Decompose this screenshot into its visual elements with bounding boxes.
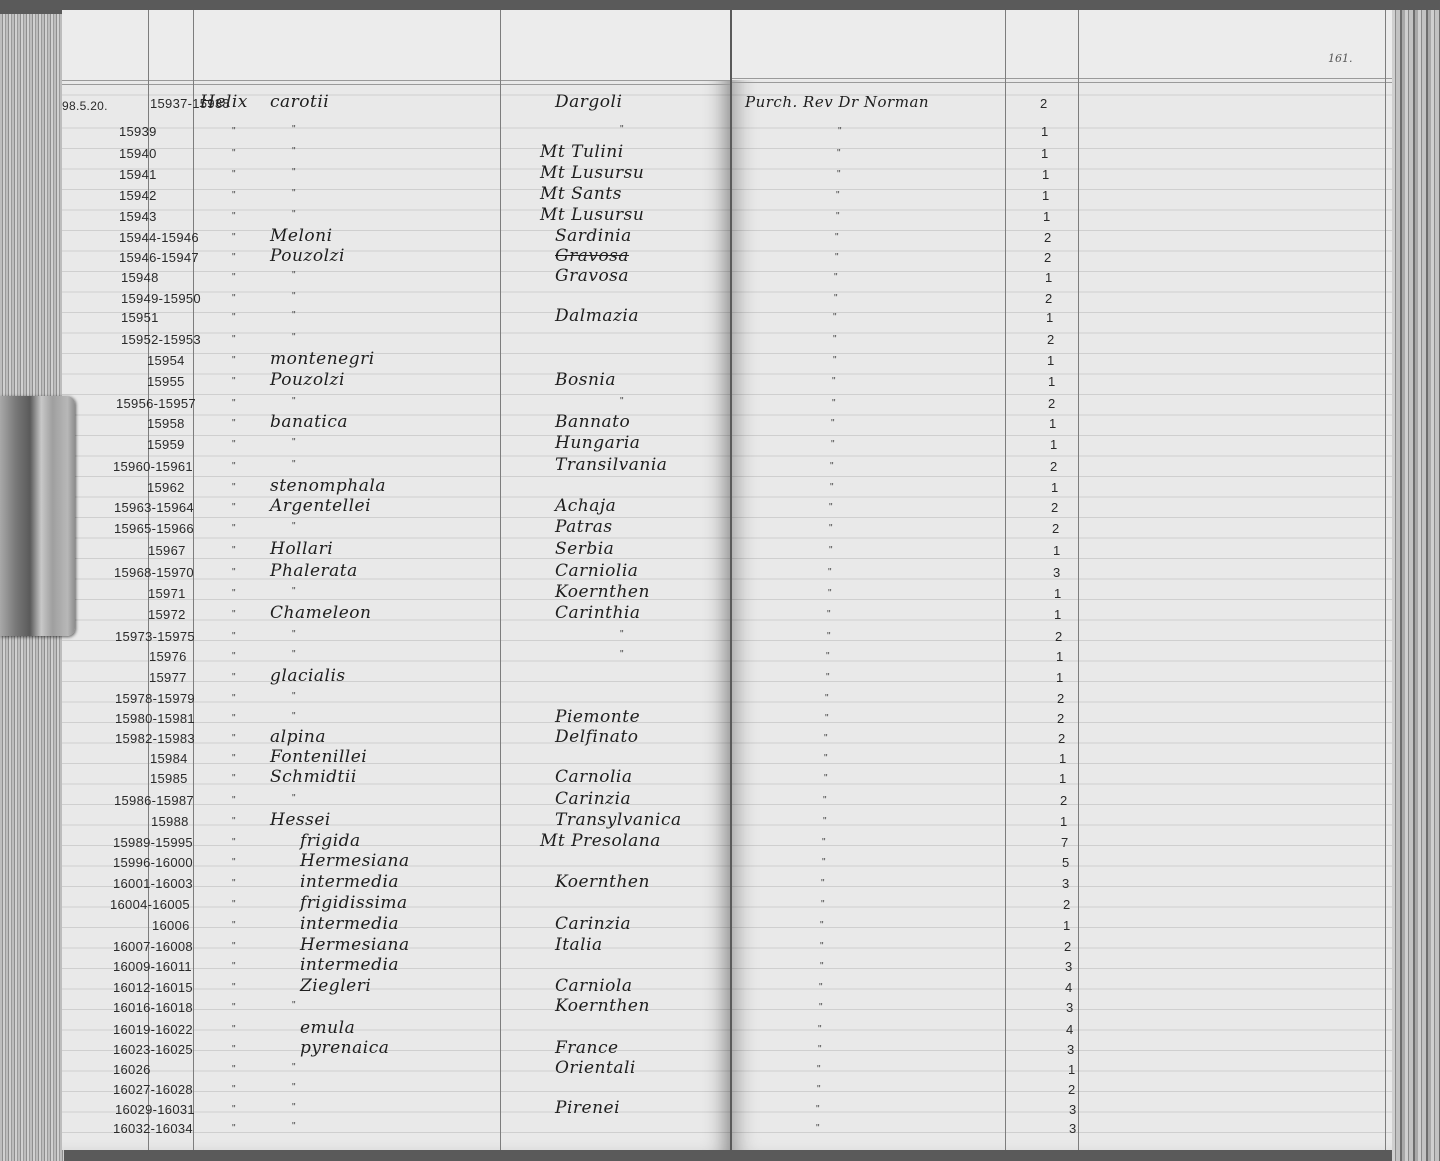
genus-ditto: " <box>232 957 236 977</box>
species-name: Hessei <box>270 810 331 830</box>
genus-ditto: " <box>232 228 236 248</box>
genus-ditto: " <box>232 457 236 477</box>
locality-name: Carniola <box>555 976 632 996</box>
register-number: 16004-16005 <box>110 895 190 915</box>
specimen-count: 2 <box>1068 1080 1076 1100</box>
specimen-count: 3 <box>1062 874 1070 894</box>
register-number: 15985 <box>150 769 188 789</box>
genus-ditto: " <box>232 563 236 583</box>
locality-name: Mt Sants <box>540 184 622 204</box>
locality-name: Gravosa <box>555 246 629 266</box>
specimen-count: 2 <box>1057 689 1065 709</box>
donor-ditto: " <box>824 729 828 749</box>
register-number: 15988 <box>151 812 189 832</box>
species-name: carotii <box>270 92 329 112</box>
register-number: 15952-15953 <box>121 330 201 350</box>
register-prefix: 98.5.20. <box>62 96 108 116</box>
specimen-count: 2 <box>1044 248 1052 268</box>
genus-ditto: " <box>232 541 236 561</box>
donor-ditto: " <box>823 812 827 832</box>
locality-name: " <box>620 645 624 665</box>
register-number: 15944-15946 <box>119 228 199 248</box>
donor-ditto: " <box>833 330 837 350</box>
species-name: " <box>292 1098 296 1118</box>
species-name: " <box>292 266 296 286</box>
donor-ditto: " <box>829 519 833 539</box>
locality-name: Mt Lusursu <box>540 163 644 183</box>
donor-ditto: " <box>822 853 826 873</box>
locality-name: Achaja <box>555 496 616 516</box>
donor-ditto: " <box>816 1100 820 1120</box>
donor-ditto: " <box>827 627 831 647</box>
register-number: 16032-16034 <box>113 1119 193 1139</box>
locality-name: Pirenei <box>555 1098 620 1118</box>
species-name: Fontenillei <box>270 747 367 767</box>
donor-ditto: " <box>831 414 835 434</box>
left-page-header-band <box>62 10 730 80</box>
genus-ditto: " <box>232 895 236 915</box>
genus-ditto: " <box>232 689 236 709</box>
donor-ditto: " <box>836 186 840 206</box>
specimen-count: 1 <box>1050 435 1058 455</box>
specimen-count: 1 <box>1059 749 1067 769</box>
genus-ditto: " <box>232 1080 236 1100</box>
register-number: 16019-16022 <box>113 1020 193 1040</box>
donor-ditto: " <box>817 1080 821 1100</box>
genus-ditto: " <box>232 394 236 414</box>
specimen-count: 4 <box>1065 978 1073 998</box>
specimen-count: 3 <box>1069 1119 1077 1139</box>
locality-name: Transylvanica <box>555 810 682 830</box>
donor-ditto: " <box>825 709 829 729</box>
locality-name: Carnolia <box>555 767 632 787</box>
genus-ditto: " <box>232 414 236 434</box>
species-name: Hollari <box>270 539 333 559</box>
donor-ditto: " <box>820 937 824 957</box>
genus-ditto: " <box>232 605 236 625</box>
genus-ditto: " <box>232 308 236 328</box>
register-number: 15973-15975 <box>115 627 195 647</box>
register-number: 15949-15950 <box>121 289 201 309</box>
locality-name: Carinzia <box>555 914 631 934</box>
donor-ditto: " <box>832 372 836 392</box>
register-number: 15956-15957 <box>116 394 196 414</box>
specimen-count: 1 <box>1041 122 1049 142</box>
locality-name: Serbia <box>555 539 614 559</box>
register-number: 15955 <box>147 372 185 392</box>
specimen-count: 1 <box>1059 769 1067 789</box>
locality-name: Gravosa <box>555 266 629 286</box>
genus-ditto: " <box>232 749 236 769</box>
genus-ditto: " <box>232 248 236 268</box>
genus-ditto: " <box>232 144 236 164</box>
register-number: 15977 <box>149 668 187 688</box>
species-name: " <box>292 184 296 204</box>
register-number: 16001-16003 <box>113 874 193 894</box>
register-number: 15980-15981 <box>115 709 195 729</box>
specimen-count: 1 <box>1054 605 1062 625</box>
specimen-count: 2 <box>1051 498 1059 518</box>
locality-name: Delfinato <box>555 727 639 747</box>
ledger-book: 161. 98.5.20. Helix Purch. Rev Dr Norman… <box>0 0 1440 1161</box>
specimen-count: 2 <box>1040 94 1048 114</box>
specimen-count: 3 <box>1053 563 1061 583</box>
species-name: Ziegleri <box>300 976 371 996</box>
genus-ditto: " <box>232 372 236 392</box>
register-number: 16009-16011 <box>113 957 192 977</box>
donor-ditto: " <box>836 207 840 227</box>
genus-ditto: " <box>232 122 236 142</box>
register-number: 16023-16025 <box>113 1040 193 1060</box>
specimen-count: 1 <box>1046 308 1054 328</box>
species-name: " <box>292 163 296 183</box>
specimen-count: 3 <box>1067 1040 1075 1060</box>
specimen-count: 2 <box>1058 729 1066 749</box>
genus-ditto: " <box>232 1060 236 1080</box>
donor-ditto: " <box>825 689 829 709</box>
specimen-count: 3 <box>1066 998 1074 1018</box>
specimen-count: 7 <box>1061 833 1069 853</box>
specimen-count: 2 <box>1047 330 1055 350</box>
species-name: Hermesiana <box>300 935 410 955</box>
specimen-count: 1 <box>1047 351 1055 371</box>
register-number: 15962 <box>147 478 185 498</box>
species-name: Phalerata <box>270 561 358 581</box>
donor-ditto: " <box>818 1040 822 1060</box>
species-name: " <box>292 707 296 727</box>
genus-ditto: " <box>232 1040 236 1060</box>
species-name: " <box>292 433 296 453</box>
donor-ditto: " <box>819 998 823 1018</box>
donor-ditto: " <box>829 541 833 561</box>
genus-ditto: " <box>232 709 236 729</box>
donor-ditto: " <box>834 289 838 309</box>
specimen-count: 2 <box>1048 394 1056 414</box>
genus-ditto: " <box>232 769 236 789</box>
genus-ditto: " <box>232 627 236 647</box>
species-name: " <box>292 287 296 307</box>
register-number: 15971 <box>148 584 186 604</box>
column-rule-count-left <box>1005 10 1006 1150</box>
specimen-count: 1 <box>1060 812 1068 832</box>
right-page-header-band <box>732 10 1392 80</box>
specimen-count: 1 <box>1063 916 1071 936</box>
right-header-rule <box>732 78 1392 83</box>
genus-ditto: " <box>232 812 236 832</box>
locality-name: Bosnia <box>555 370 616 390</box>
locality-name: Mt Lusursu <box>540 205 644 225</box>
specimen-count: 2 <box>1064 937 1072 957</box>
species-name: emula <box>300 1018 355 1038</box>
species-name: " <box>292 205 296 225</box>
genus-ditto: " <box>232 874 236 894</box>
column-rule-locality <box>500 10 501 1150</box>
donor-ditto: " <box>832 394 836 414</box>
register-number: 15963-15964 <box>114 498 194 518</box>
species-name: " <box>292 328 296 348</box>
species-name: Chameleon <box>270 603 371 623</box>
donor-ditto: " <box>833 351 837 371</box>
column-rule-count-right <box>1078 10 1079 1150</box>
species-name: intermedia <box>300 914 399 934</box>
register-number: 15940 <box>119 144 157 164</box>
donor-ditto: " <box>826 668 830 688</box>
specimen-count: 1 <box>1048 372 1056 392</box>
species-name: intermedia <box>300 872 399 892</box>
specimen-count: 1 <box>1049 414 1057 434</box>
genus-ditto: " <box>232 1100 236 1120</box>
register-number: 15968-15970 <box>114 563 194 583</box>
genus-ditto: " <box>232 647 236 667</box>
donor-ditto: " <box>824 769 828 789</box>
genus-ditto: " <box>232 916 236 936</box>
locality-name: Bannato <box>555 412 630 432</box>
species-name: " <box>292 306 296 326</box>
register-number: 15942 <box>119 186 157 206</box>
species-name: " <box>292 517 296 537</box>
genus-ditto: " <box>232 937 236 957</box>
donor-ditto: " <box>819 978 823 998</box>
locality-name: France <box>555 1038 619 1058</box>
genus-ditto: " <box>232 853 236 873</box>
species-name: " <box>292 1078 296 1098</box>
specimen-count: 1 <box>1068 1060 1076 1080</box>
donor-ditto: " <box>826 647 830 667</box>
register-number: 15939 <box>119 122 157 142</box>
register-number: 15972 <box>148 605 186 625</box>
donor-ditto: " <box>824 749 828 769</box>
species-name: " <box>292 455 296 475</box>
register-number: 16029-16031 <box>115 1100 195 1120</box>
specimen-count: 1 <box>1053 541 1061 561</box>
locality-name: " <box>620 625 624 645</box>
genus-ditto: " <box>232 165 236 185</box>
donor-ditto: " <box>837 144 841 164</box>
locality-name: Carniolia <box>555 561 638 581</box>
right-page-edges <box>1392 10 1440 1161</box>
register-number: 16007-16008 <box>113 937 193 957</box>
specimen-count: 1 <box>1042 165 1050 185</box>
metal-page-clip <box>0 396 75 636</box>
genus-ditto: " <box>232 207 236 227</box>
genus-ditto: " <box>232 729 236 749</box>
donor-name: Purch. Rev Dr Norman <box>745 92 929 112</box>
locality-name: Dalmazia <box>555 306 639 326</box>
donor-ditto: " <box>829 498 833 518</box>
donor-ditto: " <box>823 791 827 811</box>
genus-ditto: " <box>232 435 236 455</box>
locality-name: Koernthen <box>555 872 650 892</box>
locality-name: " <box>620 392 624 412</box>
locality-name: Transilvania <box>555 455 667 475</box>
register-number: 16006 <box>152 916 190 936</box>
register-number: 15943 <box>119 207 157 227</box>
register-number: 15965-15966 <box>114 519 194 539</box>
specimen-count: 2 <box>1045 289 1053 309</box>
locality-name: Dargoli <box>555 92 622 112</box>
species-name: " <box>292 625 296 645</box>
genus-ditto: " <box>232 289 236 309</box>
species-name: Argentellei <box>270 496 371 516</box>
specimen-count: 1 <box>1041 144 1049 164</box>
donor-ditto: " <box>835 228 839 248</box>
specimen-count: 2 <box>1063 895 1071 915</box>
specimen-count: 2 <box>1044 228 1052 248</box>
donor-ditto: " <box>820 957 824 977</box>
species-name: " <box>292 1117 296 1137</box>
species-name: Hermesiana <box>300 851 410 871</box>
locality-name: Hungaria <box>555 433 640 453</box>
species-name: Schmidtii <box>270 767 357 787</box>
donor-ditto: " <box>821 874 825 894</box>
species-name: alpina <box>270 727 326 747</box>
register-number: 15946-15947 <box>119 248 199 268</box>
species-name: " <box>292 120 296 140</box>
locality-name: Orientali <box>555 1058 636 1078</box>
species-name: " <box>292 789 296 809</box>
register-number: 15954 <box>147 351 185 371</box>
species-name: glacialis <box>270 666 346 686</box>
locality-name: Koernthen <box>555 996 650 1016</box>
locality-name: Carinzia <box>555 789 631 809</box>
register-number: 15986-15987 <box>114 791 194 811</box>
species-name: " <box>292 142 296 162</box>
specimen-count: 2 <box>1052 519 1060 539</box>
species-name: " <box>292 996 296 1016</box>
species-name: stenomphala <box>270 476 386 496</box>
locality-name: Mt Tulini <box>540 142 624 162</box>
species-name: banatica <box>270 412 348 432</box>
donor-ditto: " <box>816 1119 820 1139</box>
specimen-count: 1 <box>1056 647 1064 667</box>
genus-ditto: " <box>232 478 236 498</box>
species-name: " <box>292 687 296 707</box>
species-name: Meloni <box>270 226 333 246</box>
register-number: 16027-16028 <box>113 1080 193 1100</box>
donor-ditto: " <box>827 605 831 625</box>
specimen-count: 1 <box>1054 584 1062 604</box>
genus-ditto: " <box>232 1020 236 1040</box>
species-name: pyrenaica <box>300 1038 389 1058</box>
donor-ditto: " <box>834 268 838 288</box>
register-number: 16016-16018 <box>113 998 193 1018</box>
register-number: 15996-16000 <box>113 853 193 873</box>
species-name: frigidissima <box>300 893 408 913</box>
species-name: intermedia <box>300 955 399 975</box>
specimen-count: 1 <box>1056 668 1064 688</box>
genus-ditto: " <box>232 584 236 604</box>
specimen-count: 5 <box>1062 853 1070 873</box>
donor-ditto: " <box>828 563 832 583</box>
specimen-count: 2 <box>1055 627 1063 647</box>
donor-ditto: " <box>833 308 837 328</box>
species-name: " <box>292 582 296 602</box>
register-number: 16026 <box>113 1060 151 1080</box>
donor-ditto: " <box>821 895 825 915</box>
register-number: 15960-15961 <box>113 457 193 477</box>
register-number: 15978-15979 <box>115 689 195 709</box>
donor-ditto: " <box>818 1020 822 1040</box>
donor-ditto: " <box>838 122 842 142</box>
specimen-count: 1 <box>1045 268 1053 288</box>
specimen-count: 2 <box>1050 457 1058 477</box>
register-number: 15982-15983 <box>115 729 195 749</box>
left-header-rule <box>62 80 730 85</box>
donor-ditto: " <box>830 478 834 498</box>
donor-ditto: " <box>828 584 832 604</box>
register-number: 15967 <box>148 541 186 561</box>
specimen-count: 3 <box>1069 1100 1077 1120</box>
page-number: 161. <box>1328 52 1353 65</box>
locality-name: Sardinia <box>555 226 632 246</box>
locality-name: Patras <box>555 517 613 537</box>
specimen-count: 3 <box>1065 957 1073 977</box>
locality-name: Mt Presolana <box>540 831 661 851</box>
specimen-count: 2 <box>1057 709 1065 729</box>
register-number: 15958 <box>147 414 185 434</box>
register-number: 15989-15995 <box>113 833 193 853</box>
genus-ditto: " <box>232 351 236 371</box>
locality-name: Carinthia <box>555 603 641 623</box>
species-name: Pouzolzi <box>270 370 345 390</box>
genus-ditto: " <box>232 978 236 998</box>
register-number: 16012-16015 <box>113 978 193 998</box>
specimen-count: 1 <box>1051 478 1059 498</box>
donor-ditto: " <box>831 435 835 455</box>
specimen-count: 2 <box>1060 791 1068 811</box>
specimen-count: 4 <box>1066 1020 1074 1040</box>
genus-ditto: " <box>232 330 236 350</box>
register-number: 15976 <box>149 647 187 667</box>
genus-ditto: " <box>232 1119 236 1139</box>
genus-ditto: " <box>232 668 236 688</box>
register-number: 15937-15938 <box>150 94 230 114</box>
register-number: 15951 <box>121 308 159 328</box>
donor-ditto: " <box>822 833 826 853</box>
locality-name: Piemonte <box>555 707 640 727</box>
genus-ditto: " <box>232 833 236 853</box>
donor-ditto: " <box>835 248 839 268</box>
donor-ditto: " <box>817 1060 821 1080</box>
donor-ditto: " <box>837 165 841 185</box>
register-number: 15959 <box>147 435 185 455</box>
register-number: 15984 <box>150 749 188 769</box>
genus-ditto: " <box>232 998 236 1018</box>
specimen-count: 1 <box>1042 186 1050 206</box>
species-name: Pouzolzi <box>270 246 345 266</box>
species-name: montenegri <box>270 349 375 369</box>
column-rule-margin <box>1385 10 1386 1150</box>
donor-ditto: " <box>820 916 824 936</box>
genus-ditto: " <box>232 268 236 288</box>
donor-ditto: " <box>830 457 834 477</box>
genus-ditto: " <box>232 498 236 518</box>
register-number: 15948 <box>121 268 159 288</box>
genus-ditto: " <box>232 186 236 206</box>
species-name: " <box>292 645 296 665</box>
genus-ditto: " <box>232 791 236 811</box>
register-number: 15941 <box>119 165 157 185</box>
locality-name: " <box>620 120 624 140</box>
species-name: " <box>292 1058 296 1078</box>
species-name: " <box>292 392 296 412</box>
locality-name: Koernthen <box>555 582 650 602</box>
locality-name: Italia <box>555 935 603 955</box>
species-name: frigida <box>300 831 361 851</box>
specimen-count: 1 <box>1043 207 1051 227</box>
genus-ditto: " <box>232 519 236 539</box>
